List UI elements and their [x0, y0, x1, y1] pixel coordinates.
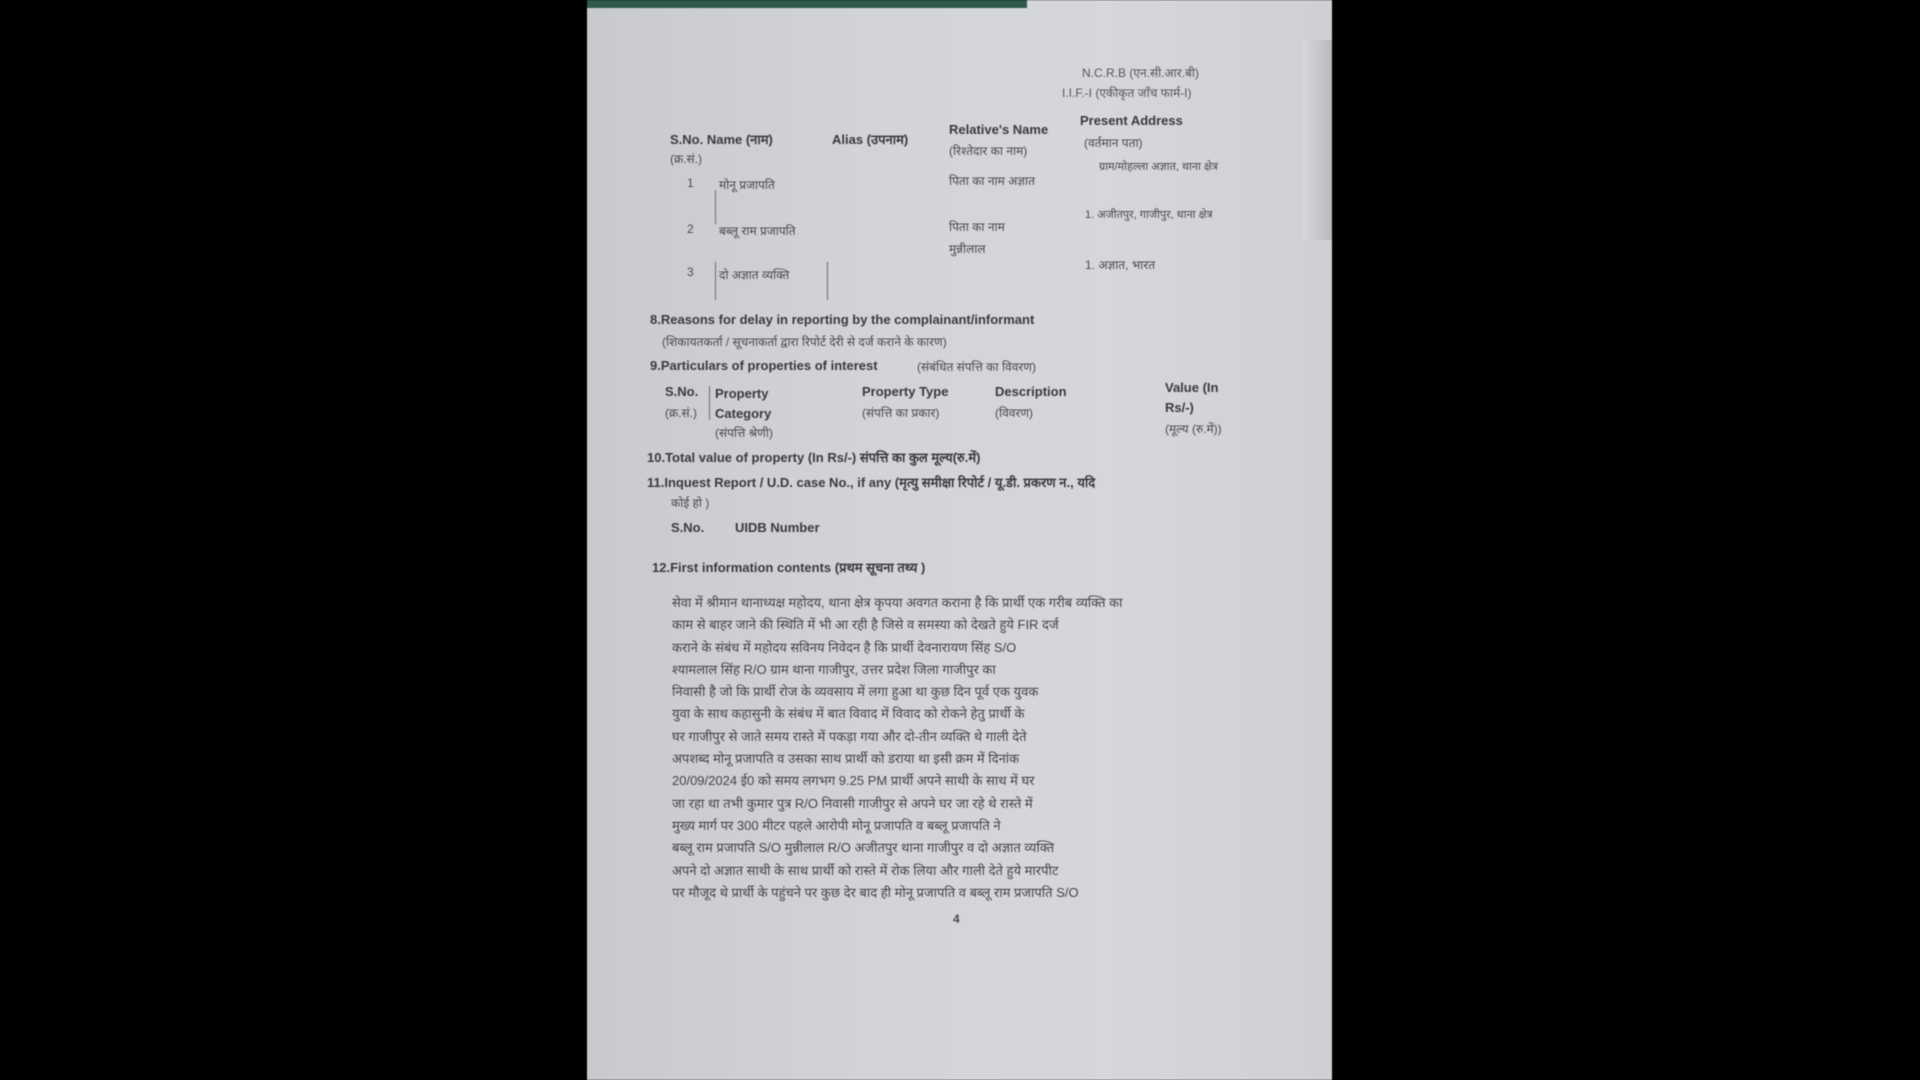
row1-address: ग्राम/मोहल्ला अज्ञात, थाना क्षेत्र [1099, 158, 1239, 176]
prop-header-description-hi: (विवरण) [995, 404, 1033, 421]
section-10-label: 10.Total value of property (In Rs/-) संप… [647, 448, 980, 466]
fir-line: बब्लू राम प्रजापति S/O मुन्नीलाल R/O अजी… [672, 837, 1212, 859]
row2-address: 1. अजीतपुर, गाजीपुर, थाना क्षेत्र [1085, 206, 1235, 224]
col-header-name: S.No. Name (नाम) [670, 130, 773, 148]
prop-header-type-hi: (संपत्ति का प्रकार) [862, 404, 939, 421]
document-page: N.C.R.B (एन.सी.आर.बी) I.I.F.-I (एकीकृत ज… [587, 0, 1332, 1080]
table-rule [715, 190, 716, 224]
section-12-label: 12.First information contents (प्रथम सूच… [652, 558, 925, 576]
page-number: 4 [953, 912, 960, 926]
row1-sno: 1 [687, 176, 694, 190]
fir-line: घर गाजीपुर से जाते समय रास्ते में पकड़ा … [672, 726, 1212, 748]
form-subtitle: I.I.F.-I (एकीकृत जाँच फार्म-I) [1062, 84, 1192, 101]
section-8-label: 8.Reasons for delay in reporting by the … [650, 312, 1034, 327]
fir-line: जा रहा था तभी कुमार पुत्र R/O निवासी गाज… [672, 793, 1212, 815]
form-code: N.C.R.B (एन.सी.आर.बी) [1082, 64, 1199, 81]
section-11-sno: S.No. [671, 520, 704, 535]
fir-line: निवासी है जो कि प्रार्थी रोज के व्यवसाय … [672, 681, 1212, 703]
row3-name: दो अज्ञात व्यक्ति [719, 265, 829, 285]
row1-relative: पिता का नाम अज्ञात [949, 170, 1039, 192]
page-fold-shadow [1302, 40, 1332, 240]
fir-line: पर मौजूद थे प्रार्थी के पहुंचने पर कुछ द… [672, 882, 1212, 904]
fir-line: 20/09/2024 ई0 को समय लगभग 9.25 PM प्रार्… [672, 770, 1212, 792]
prop-header-description: Description [995, 384, 1067, 399]
prop-header-category: Property Category [715, 384, 805, 424]
fir-line: काम से बाहर जाने की स्थिति में भी आ रही … [672, 614, 1212, 636]
table-rule [827, 262, 828, 300]
background-strip [587, 0, 1027, 8]
section-11-label: 11.Inquest Report / U.D. case No., if an… [647, 473, 1095, 491]
row3-sno: 3 [687, 265, 694, 279]
prop-header-value-hi: (मूल्य (रु.में)) [1165, 420, 1222, 437]
section-8-hindi: (शिकायतकर्ता / सूचनाकर्ता द्वारा रिपोर्ट… [662, 333, 947, 350]
fir-line: अपने दो अज्ञात साथी के साथ प्रार्थी को र… [672, 860, 1212, 882]
col-header-relative-hi: (रिश्तेदार का नाम) [949, 142, 1027, 159]
section-9-hindi: (संबंधित संपत्ति का विवरण) [917, 358, 1036, 375]
fir-line: युवा के साथ कहासुनी के संबंध में बात विव… [672, 703, 1212, 725]
section-11-label-cont: कोई हो ) [671, 494, 709, 511]
first-information-text: सेवा में श्रीमान थानाध्यक्ष महोदय, थाना … [672, 592, 1212, 904]
prop-header-value: Value (In Rs/-) [1165, 378, 1235, 418]
col-header-address: Present Address [1080, 113, 1183, 128]
col-header-name-hi: (क्र.सं.) [670, 150, 702, 167]
col-header-relative: Relative's Name [949, 122, 1048, 137]
prop-header-sno: S.No. [665, 384, 698, 399]
prop-header-type: Property Type [862, 384, 948, 399]
fir-line: श्यामलाल सिंह R/O ग्राम थाना गाजीपुर, उत… [672, 659, 1212, 681]
fir-line: अपशब्द मोनू प्रजापति व उसका साथ प्रार्थी… [672, 748, 1212, 770]
prop-header-sno-hi: (क्र.सं.) [665, 404, 697, 421]
fir-line: मुख्य मार्ग पर 300 मीटर पहले आरोपी मोनू … [672, 815, 1212, 837]
prop-header-category-hi: (संपत्ति श्रेणी) [715, 424, 773, 441]
fir-line: कराने के संबंध में महोदय सविनय निवेदन है… [672, 637, 1212, 659]
col-header-address-hi: (वर्तमान पता) [1084, 134, 1143, 151]
row2-name: बब्लू राम प्रजापति [719, 222, 796, 239]
row3-address: 1. अज्ञात, भारत [1085, 256, 1155, 273]
section-11-uidb: UIDB Number [735, 520, 820, 535]
table-rule [715, 262, 716, 300]
table-rule [709, 386, 710, 420]
fir-line: सेवा में श्रीमान थानाध्यक्ष महोदय, थाना … [672, 592, 1212, 614]
row1-name: मोनू प्रजापति [719, 176, 775, 193]
col-header-alias: Alias (उपनाम) [832, 130, 908, 148]
row2-sno: 2 [687, 222, 694, 236]
row2-relative: पिता का नाम मुन्नीलाल [949, 216, 1039, 260]
section-9-label: 9.Particulars of properties of interest [650, 358, 878, 373]
